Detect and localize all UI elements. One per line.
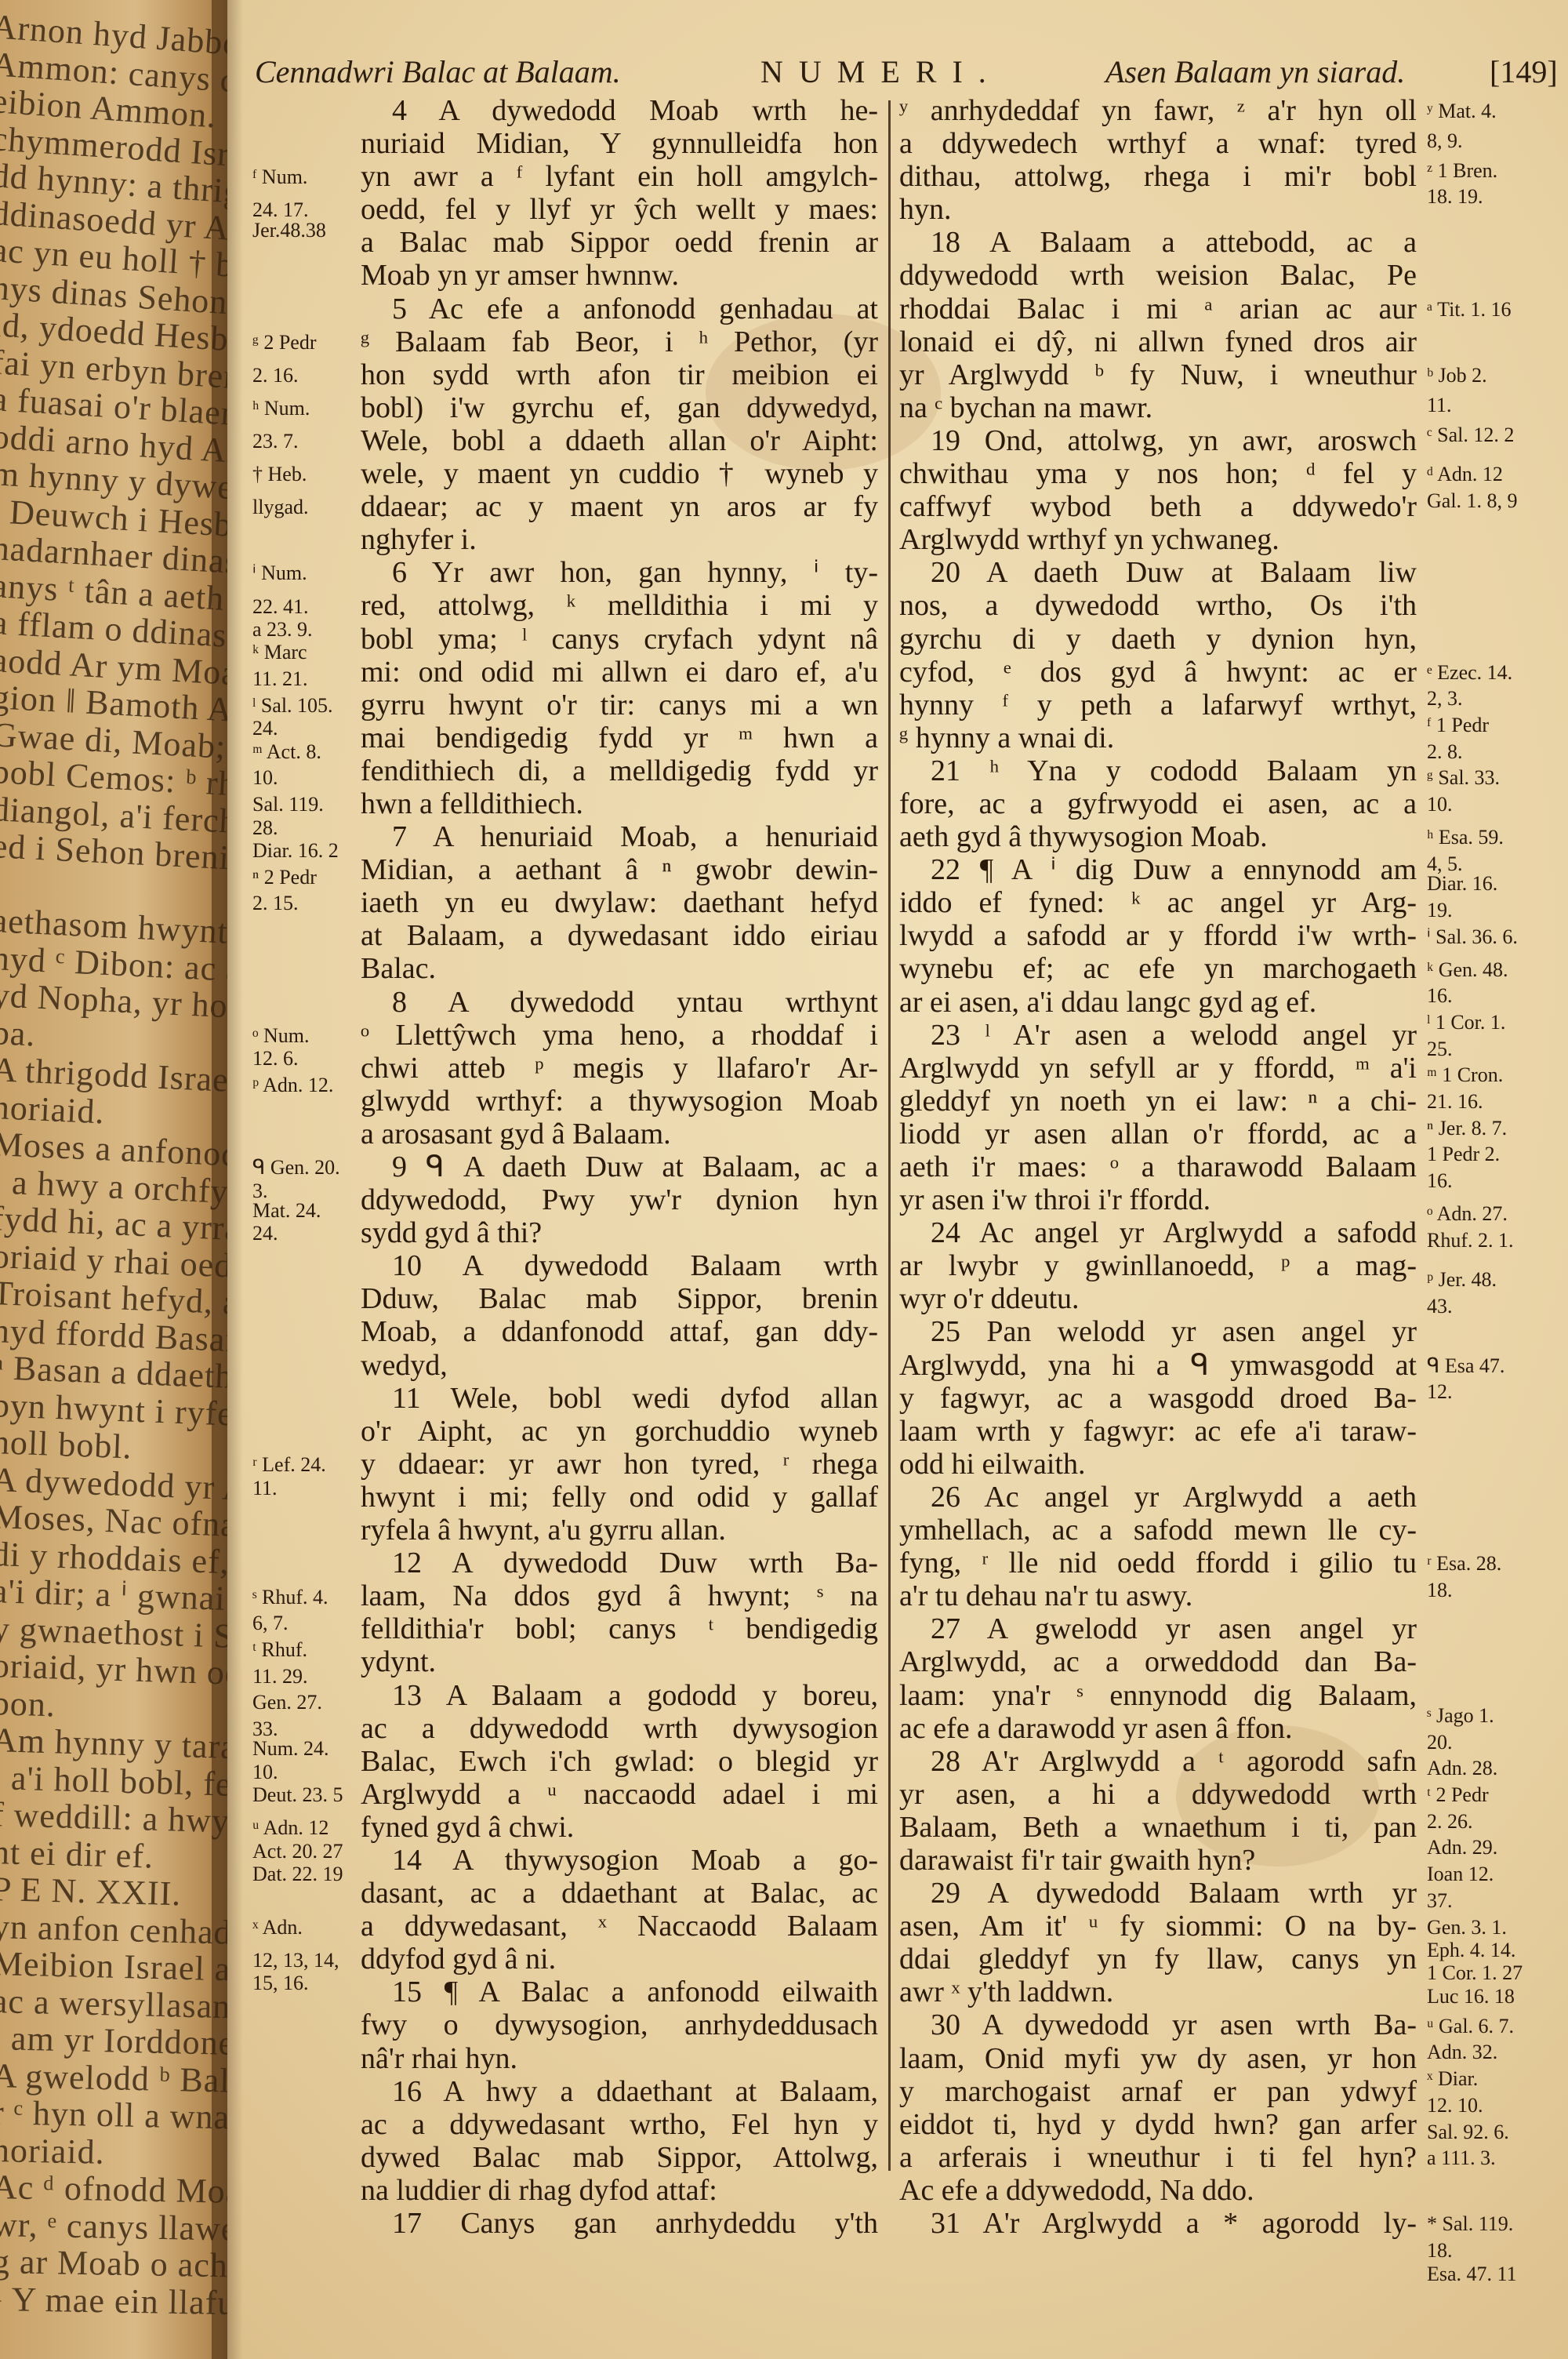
cross-reference: ⁱ Sal. 36. 6. — [1427, 926, 1518, 948]
cross-reference: 11. — [1427, 394, 1452, 416]
text-line: rhoddai Balac i mi ᵃ arian ac aur — [899, 293, 1417, 325]
cross-reference: ᵇ Job 2. — [1427, 365, 1487, 387]
text-line: ʸ anrhydeddaf yn fawr, ᶻ a'r hyn oll — [899, 94, 1417, 127]
text-line: 27 A gwelodd yr asen angel yr — [899, 1612, 1417, 1645]
cross-reference: 18. — [1427, 1579, 1453, 1601]
text-line: asen, Am it' ᵘ fy siommi: O na by- — [899, 1910, 1417, 1943]
cross-reference: ˢ Rhuf. 4. — [252, 1587, 328, 1608]
text-line: Moab yn yr amser hwnnw. — [361, 259, 878, 292]
cross-reference: 16. — [1427, 985, 1453, 1007]
text-line: 30 A dywedodd yr asen wrth Ba- — [899, 2008, 1417, 2041]
text-line: wedyd, — [361, 1349, 878, 1382]
text-line: 5 Ac efe a anfonodd genhadau at — [361, 293, 878, 325]
text-line: laam, Onid myfi yw dy asen, yr hon — [899, 2042, 1417, 2075]
text-line: mi: ond odid mi allwn ei daro ef, a'u — [361, 656, 878, 689]
text-line: ar ei asen, a'i ddau langc gyd ag ef. — [899, 986, 1417, 1019]
cross-reference: ᵐ 1 Cron. — [1427, 1064, 1503, 1086]
text-line: cyfod, ᵉ dos gyd â hwynt: ac er — [899, 656, 1417, 689]
text-line: yr Arglwydd ᵇ fy Nuw, i wneuthur — [899, 358, 1417, 391]
cross-reference: ᵘ Adn. 12 — [252, 1817, 328, 1839]
text-line: a ddywedech wrthyf a wnaf: tyred — [899, 127, 1417, 160]
text-line: ydynt. — [361, 1645, 878, 1678]
cross-reference: 2. 16. — [252, 365, 299, 387]
running-head-right: Asen Balaam yn siarad. — [1105, 53, 1405, 90]
cross-reference: 12. — [1427, 1381, 1453, 1403]
left-text-column: 4 A dywedodd Moab wrth he-nuriaid Midian… — [361, 94, 878, 2240]
text-line: wele, y maent yn cuddio † wyneb y — [361, 457, 878, 490]
text-line: ᵍ Balaam fab Beor, i ʰ Pethor, (yr — [361, 325, 878, 358]
text-line: 22 ¶ A ⁱ dig Duw a ennynodd am — [899, 853, 1417, 886]
text-line: 23 ˡ A'r asen a welodd angel yr — [899, 1019, 1417, 1052]
cross-reference: Diar. 16. — [1427, 873, 1497, 895]
cross-reference: 21. 16. — [1427, 1091, 1483, 1113]
facing-page-line: ¹ Y mae ein llafur — [0, 2279, 227, 2323]
cross-reference: ᶠ 1 Pedr — [1427, 714, 1489, 736]
cross-reference: Gen. 27. — [252, 1692, 322, 1714]
text-line: ymhellach, ac a safodd mewn lle cy- — [899, 1514, 1417, 1547]
cross-reference: ᵗ 2 Pedr — [1427, 1784, 1489, 1806]
text-line: hynny ᶠ y peth a lafarwyf wrthyt, — [899, 689, 1417, 722]
text-line: ddaear; ac y maent yn aros ar fy — [361, 490, 878, 523]
cross-reference: 8, 9. — [1427, 130, 1463, 152]
text-line: 4 A dywedodd Moab wrth he- — [361, 94, 878, 127]
column-divider-rule — [888, 100, 891, 2171]
cross-reference: ᶜ Sal. 12. 2 — [1427, 424, 1514, 446]
bible-page-scan: Arnon hyd Jabboc, hyd atAmmon: canys cad… — [0, 0, 1568, 2359]
cross-reference: 12. 6. — [252, 1048, 299, 1070]
text-line: Midian, a aethant â ⁿ gwobr dewin- — [361, 853, 878, 886]
text-line: o'r Aipht, ac yn gorchuddio wyneb — [361, 1415, 878, 1448]
text-line: red, attolwg, ᵏ melldithia i mi y — [361, 589, 878, 622]
cross-reference: ⁱ Num. — [252, 562, 307, 584]
cross-reference: Esa. 47. 11 — [1427, 2263, 1517, 2285]
cross-reference: 2. 8. — [1427, 741, 1463, 763]
cross-reference: ᵗ Rhuf. — [252, 1639, 307, 1661]
cross-reference: Diar. 16. 2 — [252, 840, 339, 862]
cross-reference: 18. — [1427, 2240, 1453, 2262]
cross-reference: 23. 7. — [252, 431, 299, 453]
cross-reference: Jer.48.38 — [252, 220, 326, 242]
text-line: nghyfer i. — [361, 523, 878, 556]
text-line: gyrchu di y daeth y dynion hyn, — [899, 623, 1417, 656]
cross-reference: ˢ Jago 1. — [1427, 1705, 1494, 1727]
cross-reference: ʸ Mat. 4. — [1427, 100, 1497, 122]
cross-reference: ᵖ Jer. 48. — [1427, 1269, 1497, 1291]
text-line: chwi atteb ᵖ megis y llafaro'r Ar- — [361, 1052, 878, 1085]
cross-reference: Deut. 23. 5 — [252, 1784, 343, 1806]
text-line: yr asen, a hi a ddywedodd wrth — [899, 1778, 1417, 1811]
text-line: dasant, ac a ddaethant at Balac, ac — [361, 1877, 878, 1910]
text-line: 24 Ac angel yr Arglwydd a safodd — [899, 1216, 1417, 1249]
cross-reference: 2, 3. — [1427, 688, 1463, 710]
text-line: Arglwydd yn sefyll ar y ffordd, ᵐ a'i — [899, 1052, 1417, 1085]
text-line: 14 A thywysogion Moab a go- — [361, 1844, 878, 1877]
cross-reference: Gal. 1. 8, 9 — [1427, 490, 1518, 512]
cross-reference: 19. — [1427, 900, 1453, 921]
text-line: ddyfod gyd â ni. — [361, 1943, 878, 1976]
text-line: na ᶜ bychan na mawr. — [899, 391, 1417, 424]
facing-page-fragment: Arnon hyd Jabboc, hyd atAmmon: canys cad… — [0, 0, 227, 2359]
cross-reference: ᑫ Gen. 20. — [252, 1157, 340, 1179]
cross-reference: ᶠ Num. — [252, 166, 307, 188]
text-line: aeth gyd â thywysogion Moab. — [899, 820, 1417, 853]
text-line: Moab, a ddanfonodd attaf, gan ddy- — [361, 1315, 878, 1348]
text-line: wyr o'r ddeutu. — [899, 1282, 1417, 1315]
text-line: wynebu ef; ac efe yn marchogaeth — [899, 952, 1417, 985]
cross-reference: 1 Cor. 1. 27 — [1427, 1962, 1523, 1984]
text-line: Balaam, Beth a wnaethum i ti, pan — [899, 1811, 1417, 1844]
cross-reference: Luc 16. 18 — [1427, 1986, 1515, 2008]
cross-reference: Eph. 4. 14. — [1427, 1939, 1515, 1961]
text-line: fendithiech di, a melldigedig fydd yr — [361, 754, 878, 787]
cross-reference: Gen. 3. 1. — [1427, 1917, 1507, 1939]
cross-reference: Adn. 28. — [1427, 1757, 1497, 1779]
text-line: nâ'r rhai hyn. — [361, 2042, 878, 2075]
text-line: na luddier di rhag dyfod attaf: — [361, 2174, 878, 2207]
text-line: a arosasant gyd â Balaam. — [361, 1118, 878, 1150]
text-line: eiddot ti, hyd y dydd hwn? gan arfer — [899, 2108, 1417, 2141]
text-line: iaeth yn eu dwylaw: daethant hefyd — [361, 886, 878, 919]
text-line: glwydd wrthyf: a thywysogion Moab — [361, 1085, 878, 1118]
cross-reference: 15, 16. — [252, 1972, 309, 1994]
text-line: mai bendigedig fydd yr ᵐ hwn a — [361, 722, 878, 754]
text-line: 13 A Balaam a gododd y boreu, — [361, 1679, 878, 1712]
text-line: chwithau yma y nos hon; ᵈ fel y — [899, 457, 1417, 490]
text-line: hyn. — [899, 193, 1417, 226]
text-line: Arglwydd, ac a orweddodd dan Ba- — [899, 1645, 1417, 1678]
cross-reference: ᵃ Tit. 1. 16 — [1427, 299, 1512, 321]
cross-reference: ᵐ Act. 8. — [252, 741, 321, 763]
cross-reference: ᵈ Adn. 12 — [1427, 463, 1503, 485]
cross-reference: ᵏ Marc — [252, 642, 307, 663]
text-line: hon sydd wrth afon tir meibion ei — [361, 358, 878, 391]
cross-reference: Act. 20. 27 — [252, 1841, 343, 1863]
text-line: 8 A dywedodd yntau wrthynt — [361, 986, 878, 1019]
text-line: felldithia'r bobl; canys ᵗ bendigedig — [361, 1612, 878, 1645]
right-text-column: ʸ anrhydeddaf yn fawr, ᶻ a'r hyn olla dd… — [899, 94, 1417, 2240]
text-line: ac a ddywedasant wrtho, Fel hyn y — [361, 2108, 878, 2141]
cross-reference: 37. — [1427, 1890, 1453, 1912]
text-line: yr asen i'w throi i'r ffordd. — [899, 1183, 1417, 1216]
text-line: ᵍ hynny a wnai di. — [899, 722, 1417, 754]
text-line: nuriaid Midian, Y gynnulleidfa hon — [361, 127, 878, 160]
text-line: 28 A'r Arglwydd a ᵗ agorodd safn — [899, 1745, 1417, 1778]
text-line: ᵒ Llettŷwch yma heno, a rhoddaf i — [361, 1019, 878, 1052]
text-line: hwynt i mi; felly ond odid y gallaf — [361, 1481, 878, 1514]
cross-reference: Mat. 24. — [252, 1200, 321, 1222]
text-line: Arglwydd wrthyf yn ychwaneg. — [899, 523, 1417, 556]
text-line: ac a ddywedodd wrth dywysogion — [361, 1712, 878, 1745]
cross-reference: ᵉ Ezec. 14. — [1427, 662, 1512, 684]
cross-reference: ⁿ Jer. 8. 7. — [1427, 1118, 1507, 1140]
text-line: fwy o dywysogion, anrhydeddusach — [361, 2008, 878, 2041]
text-line: bobl) i'w gyrchu ef, gan ddywedyd, — [361, 391, 878, 424]
cross-reference: 10. — [252, 1761, 278, 1783]
text-line: fore, ac a gyfrwyodd ei asen, ac a — [899, 787, 1417, 820]
cross-reference: 1 Pedr 2. — [1427, 1143, 1500, 1165]
text-line: a arferais i wneuthur i ti fel hyn? — [899, 2141, 1417, 2174]
cross-reference: 16. — [1427, 1170, 1453, 1192]
cross-reference: † Heb. — [252, 463, 307, 485]
text-line: oedd, fel y llyf yr ŷch wellt y maes: — [361, 193, 878, 226]
text-line: fyng, ʳ lle nid oedd ffordd i gilio tu — [899, 1547, 1417, 1579]
text-line: 19 Ond, attolwg, yn awr, aroswch — [899, 424, 1417, 457]
text-line: y ddaear: yr awr hon tyred, ʳ rhega — [361, 1448, 878, 1481]
cross-reference: Sal. 119. — [252, 794, 324, 816]
text-line: yn awr a ᶠ lyfant ein holl amgylch- — [361, 160, 878, 193]
text-line: ac efe a darawodd yr asen â ffon. — [899, 1712, 1417, 1745]
cross-reference: Sal. 92. 6. — [1427, 2121, 1509, 2143]
cross-reference: ˡ 1 Cor. 1. — [1427, 1012, 1505, 1034]
text-line: gleddyf yn noeth yn ei law: ⁿ a chi- — [899, 1085, 1417, 1118]
cross-reference: ⁿ 2 Pedr — [252, 867, 317, 889]
cross-reference: ᵏ Gen. 48. — [1427, 959, 1508, 981]
cross-reference: Adn. 32. — [1427, 2041, 1497, 2063]
cross-reference: 11. — [252, 1478, 278, 1499]
text-line: 15 ¶ A Balac a anfonodd eilwaith — [361, 1976, 878, 2008]
text-line: ddai gleddyf yn fy llaw, canys yn — [899, 1943, 1417, 1976]
cross-reference: 12, 13, 14, — [252, 1950, 339, 1972]
text-line: odd hi eilwaith. — [899, 1448, 1417, 1481]
facing-page-line: ba. — [0, 1012, 37, 1055]
text-line: awr ˣ y'th laddwn. — [899, 1976, 1417, 2008]
text-line: dithau, attolwg, rhega i mi'r bobl — [899, 160, 1417, 193]
cross-reference: 6, 7. — [252, 1612, 289, 1634]
text-line: 12 A dywedodd Duw wrth Ba- — [361, 1547, 878, 1579]
cross-reference: 22. 41. — [252, 596, 309, 618]
text-line: iddo ef fyned: ᵏ ac angel yr Arg- — [899, 886, 1417, 919]
cross-reference: 2. 15. — [252, 892, 299, 914]
cross-reference: Dat. 22. 19 — [252, 1863, 343, 1885]
cross-reference: ᵒ Adn. 27. — [1427, 1203, 1508, 1225]
cross-reference: ˣ Adn. — [252, 1917, 303, 1939]
facing-page-line: bon. — [0, 1683, 56, 1725]
cross-reference: ᵘ Gal. 6. 7. — [1427, 2016, 1514, 2037]
text-line: ddywedodd wrth weision Balac, Pe — [899, 259, 1417, 292]
text-line: hwn a felldithiech. — [361, 787, 878, 820]
text-line: 25 Pan welodd yr asen angel yr — [899, 1315, 1417, 1348]
cross-reference: 12. 10. — [1427, 2095, 1483, 2117]
text-line: sydd gyd â thi? — [361, 1216, 878, 1249]
book-title: NUMERI. — [760, 53, 1002, 90]
cross-reference: Num. 24. — [252, 1738, 329, 1760]
text-line: fyned gyd â chwi. — [361, 1811, 878, 1844]
cross-reference: 18. 19. — [1427, 186, 1483, 208]
cross-reference: 24. — [252, 718, 278, 740]
text-line: liodd yr asen allan o'r ffordd, ac a — [899, 1118, 1417, 1150]
text-line: 9 ᑫ A daeth Duw at Balaam, ac a — [361, 1150, 878, 1183]
cross-reference: Rhuf. 2. 1. — [1427, 1230, 1514, 1252]
text-line: aeth i'r maes: ᵒ a tharawodd Balaam — [899, 1150, 1417, 1183]
cross-reference: 11. 29. — [252, 1666, 308, 1688]
text-line: bobl yma; ˡ canys cryfach ydynt nâ — [361, 623, 878, 656]
cross-reference: 11. 21. — [252, 668, 308, 690]
text-line: Arglwydd a ᵘ naccaodd adael i mi — [361, 1778, 878, 1811]
text-line: a'r tu dehau na'r tu aswy. — [899, 1579, 1417, 1612]
text-line: a ddywedasant, ˣ Naccaodd Balaam — [361, 1910, 878, 1943]
cross-reference: 10. — [1427, 794, 1453, 816]
cross-reference: ʰ Num. — [252, 398, 310, 420]
text-line: caffwyf wybod beth a ddywedo'r — [899, 490, 1417, 523]
gutter-shadow — [212, 0, 243, 2359]
text-line: 16 A hwy a ddaethant at Balaam, — [361, 2075, 878, 2108]
cross-reference: ᵍ 2 Pedr — [252, 332, 316, 354]
text-line: 7 A henuriaid Moab, a henuriaid — [361, 820, 878, 853]
running-head: Cennadwri Balac at Balaam. NUMERI. Asen … — [255, 53, 1548, 93]
facing-page-line: noriaid. — [0, 2130, 105, 2172]
cross-reference: ʰ Esa. 59. — [1427, 827, 1504, 849]
cross-reference: ʳ Lef. 24. — [252, 1454, 326, 1476]
text-line: Dduw, Balac mab Sippor, brenin — [361, 1282, 878, 1315]
text-line: 29 A dywedodd Balaam wrth yr — [899, 1877, 1417, 1910]
text-line: 10 A dywedodd Balaam wrth — [361, 1249, 878, 1282]
text-line: 20 A daeth Duw at Balaam liw — [899, 556, 1417, 589]
text-line: laam wrth y fagwyr: ac efe a'i taraw- — [899, 1415, 1417, 1448]
cross-reference: ʳ Esa. 28. — [1427, 1553, 1501, 1575]
text-line: Wele, bobl a ddaeth allan o'r Aipht: — [361, 424, 878, 457]
cross-reference: a 23. 9. — [252, 619, 313, 641]
page-number: [149] — [1490, 53, 1558, 90]
cross-reference: ᵖ Adn. 12. — [252, 1074, 333, 1096]
cross-reference: 10. — [252, 767, 278, 789]
text-line: 18 A Balaam a attebodd, ac a — [899, 226, 1417, 259]
cross-reference: 25. — [1427, 1038, 1453, 1060]
cross-reference: ˡ Sal. 105. — [252, 695, 333, 717]
cross-reference: 20. — [1427, 1732, 1453, 1754]
cross-reference: 24. — [252, 1223, 278, 1245]
text-line: gyrru hwynt o'r tir: canys mi a wn — [361, 689, 878, 722]
cross-reference: * Sal. 119. — [1427, 2213, 1513, 2235]
text-line: y fagwyr, ac a wasgodd droed Ba- — [899, 1382, 1417, 1415]
cross-reference: ˣ Diar. — [1427, 2068, 1478, 2090]
text-line: Balac, Ewch i'ch gwlad: o blegid yr — [361, 1745, 878, 1778]
text-line: ar lwybr y gwinllanoedd, ᵖ a mag- — [899, 1249, 1417, 1282]
text-line: Arglwydd, yna hi a ᑫ ymwasgodd at — [899, 1349, 1417, 1382]
text-line: 31 A'r Arglwydd a * agorodd ly- — [899, 2207, 1417, 2240]
cross-reference: ᵒ Num. — [252, 1025, 310, 1047]
cross-reference: Adn. 29. — [1427, 1837, 1497, 1859]
cross-reference: 43. — [1427, 1296, 1453, 1318]
text-line: lonaid ei dŷ, ni allwn fyned dros air — [899, 325, 1417, 358]
cross-reference: 28. — [252, 817, 278, 839]
cross-reference: ᵍ Sal. 33. — [1427, 767, 1500, 789]
text-line: laam, Na ddos gyd â hwynt; ˢ na — [361, 1579, 878, 1612]
text-line: a Balac mab Sippor oedd frenin ar — [361, 226, 878, 259]
text-line: nos, a dywedodd wrtho, Os i'th — [899, 589, 1417, 622]
text-line: laam: yna'r ˢ ennynodd dig Balaam, — [899, 1679, 1417, 1712]
text-line: y marchogaist arnaf er pan ydwyf — [899, 2075, 1417, 2108]
cross-reference: Ioan 12. — [1427, 1863, 1494, 1885]
text-line: Balac. — [361, 952, 878, 985]
text-line: 21 ʰ Yna y cododd Balaam yn — [899, 754, 1417, 787]
text-line: ddywedodd, Pwy yw'r dynion hyn — [361, 1183, 878, 1216]
text-line: 26 Ac angel yr Arglwydd a aeth — [899, 1481, 1417, 1514]
text-line: lwydd a safodd ar y ffordd i'w wrth- — [899, 919, 1417, 952]
cross-reference: a 111. 3. — [1427, 2147, 1496, 2169]
cross-reference: ᑫ Esa 47. — [1427, 1355, 1504, 1377]
text-line: Ac efe a ddywedodd, Na ddo. — [899, 2174, 1417, 2207]
text-line: 17 Canys gan anrhydeddu y'th — [361, 2207, 878, 2240]
text-line: dywed Balac mab Sippor, Attolwg, — [361, 2141, 878, 2174]
cross-reference: ᶻ 1 Bren. — [1427, 160, 1497, 182]
text-line: 11 Wele, bobl wedi dyfod allan — [361, 1382, 878, 1415]
text-line: ryfela â hwynt, a'u gyrru allan. — [361, 1514, 878, 1547]
cross-reference: 2. 26. — [1427, 1811, 1473, 1833]
cross-reference: llygad. — [252, 496, 309, 518]
text-line: at Balaam, a dywedasant iddo eiriau — [361, 919, 878, 952]
running-head-left: Cennadwri Balac at Balaam. — [255, 53, 621, 90]
text-line: 6 Yr awr hon, gan hynny, ⁱ ty- — [361, 556, 878, 589]
text-line: darawaist fi'r tair gwaith hyn? — [899, 1844, 1417, 1877]
